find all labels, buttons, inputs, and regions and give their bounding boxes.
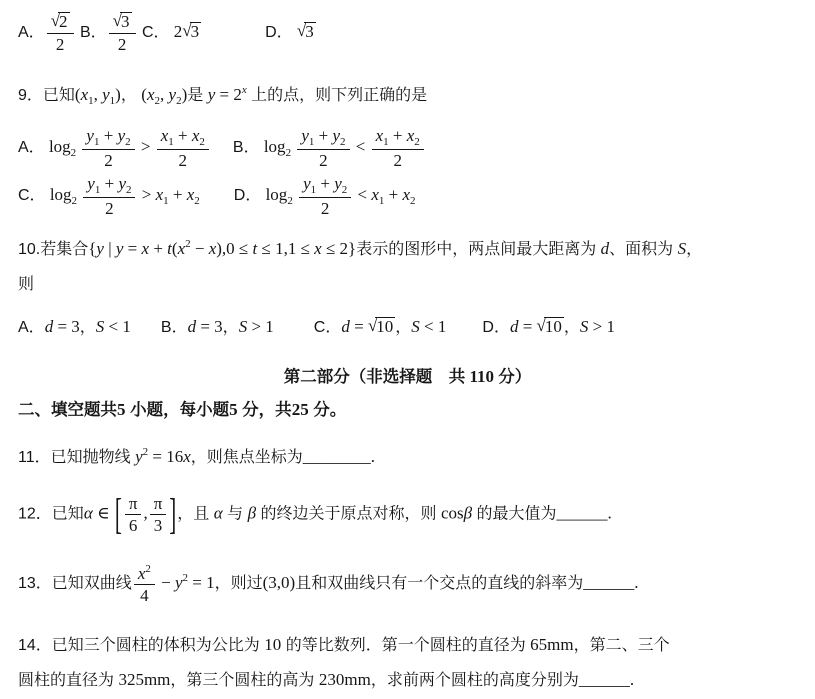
text-fragment: 2 xyxy=(126,184,132,196)
text-fragment: 第二部分（非选择题 共 xyxy=(284,368,466,386)
text-fragment: 2 xyxy=(414,136,420,148)
text-fragment: x xyxy=(314,239,322,258)
text-fragment: ， xyxy=(395,319,411,336)
text-fragment: 12．已知 xyxy=(18,505,84,522)
text-fragment: 2 xyxy=(194,195,200,207)
text-fragment: x xyxy=(156,185,164,204)
text-fragment: x xyxy=(371,185,379,204)
exam-document: A．√22 B．√32 C． 2√3D． √3 9．已知(x1, y1)， (x… xyxy=(0,0,815,699)
text-fragment: ∈ xyxy=(93,503,114,522)
fraction: x1 + x22 xyxy=(157,126,209,170)
text-fragment: + xyxy=(316,174,334,193)
fraction: y1 + y22 xyxy=(297,126,349,170)
text-fragment xyxy=(76,137,80,156)
question-9-stem: 9．已知(x1, y1)， (x2, y2)是 y = 2x 上的点，则下列正确… xyxy=(18,84,427,109)
text-fragment: = xyxy=(350,317,368,336)
fraction: √22 xyxy=(47,12,74,54)
text-fragment: y xyxy=(96,239,104,258)
text-fragment: 小题，每小题 xyxy=(126,401,230,419)
fill-in-section-instruction: 二、填空题共5 小题，每小题5 分，共25 分。 xyxy=(18,399,346,421)
text-fragment xyxy=(77,185,81,204)
text-fragment: = xyxy=(123,239,141,258)
text-fragment: + xyxy=(384,185,402,204)
text-fragment: x xyxy=(402,185,410,204)
text-fragment: x xyxy=(81,85,89,104)
text-fragment: A． xyxy=(18,319,45,336)
text-fragment: < xyxy=(352,137,370,156)
text-fragment: α xyxy=(84,503,93,522)
text-fragment: < 1 xyxy=(104,317,131,336)
text-fragment: C． xyxy=(314,319,342,336)
text-fragment: , xyxy=(143,503,147,522)
text-fragment: y xyxy=(86,126,94,145)
text-fragment: 230mm xyxy=(319,670,371,689)
text-fragment: + xyxy=(389,126,407,145)
text-fragment: β xyxy=(464,503,472,522)
text-fragment: ， xyxy=(121,87,141,104)
text-fragment: 2 xyxy=(125,136,131,148)
text-fragment: ≤ 1,1 ≤ xyxy=(257,239,314,258)
text-fragment: − xyxy=(157,573,175,592)
text-fragment: 分） xyxy=(498,368,531,386)
text-fragment: 是 xyxy=(187,87,207,104)
text-fragment: 13．已知双曲线 xyxy=(18,575,132,592)
text-fragment: y xyxy=(135,447,143,466)
text-fragment: y xyxy=(118,174,126,193)
text-fragment: 3 xyxy=(191,22,200,41)
text-fragment: log xyxy=(261,185,287,204)
text-fragment: ， xyxy=(80,319,96,336)
text-fragment: D． xyxy=(482,319,510,336)
text-fragment: x xyxy=(376,126,384,145)
text-fragment: ，且 xyxy=(177,505,213,522)
text-fragment: 分。 xyxy=(309,401,347,419)
text-fragment: x xyxy=(183,447,191,466)
question-10-stem-continued: 则 xyxy=(18,273,34,295)
text-fragment: 2 xyxy=(342,184,348,196)
text-fragment: , xyxy=(160,85,169,104)
question-10-options-row: A．d = 3，S < 1B．d = 3，S > 1C．d = √10，S < … xyxy=(18,316,615,338)
text-fragment: > 1 xyxy=(588,317,615,336)
text-fragment: 11．已知抛物线 xyxy=(18,449,135,466)
text-fragment: π xyxy=(154,494,163,513)
text-fragment: ，求前两个圆柱的高度分别为 xyxy=(371,672,579,689)
text-fragment: ______. xyxy=(579,670,634,689)
question-14-line-2: 圆柱的直径为 325mm，第三个圆柱的高为 230mm，求前两个圆柱的高度分别为… xyxy=(18,669,634,691)
question-12: 12．已知α ∈ [π6,π3]，且 α 与 β 的终边关于原点对称，则 cos… xyxy=(18,494,612,535)
text-fragment: y xyxy=(332,126,340,145)
text-fragment: y xyxy=(334,174,342,193)
text-fragment: (3,0) xyxy=(263,573,296,592)
text-fragment: 2 xyxy=(170,22,183,41)
radical: √3 xyxy=(113,12,132,32)
text-fragment: B． xyxy=(161,319,188,336)
text-fragment: 2 xyxy=(105,199,114,218)
text-fragment: 10 xyxy=(376,317,393,336)
text-fragment: 表示的图形中，两点间最大距离为 xyxy=(356,241,600,258)
text-fragment: log xyxy=(260,137,286,156)
text-fragment: D． xyxy=(265,24,293,41)
text-fragment: 3 xyxy=(154,516,163,535)
text-fragment: 二、填空题共 xyxy=(18,401,117,419)
text-fragment: C． xyxy=(18,187,46,204)
text-fragment: 上的点，则下列正确的是 xyxy=(247,87,427,104)
text-fragment: ， xyxy=(223,319,239,336)
question-9-options-cd: C． log2 y1 + y22 > x1 + x2D． log2 y1 + y… xyxy=(18,174,416,218)
text-fragment: B． xyxy=(76,24,107,41)
text-fragment: 2 xyxy=(321,199,330,218)
text-fragment: 且和双曲线只有一个交点的直线的斜率为 xyxy=(295,575,583,592)
text-fragment: y xyxy=(102,85,110,104)
question-14-line-1: 14．已知三个圆柱的体积为公比为 10 的等比数列．第一个圆柱的直径为 65mm… xyxy=(18,634,670,656)
text-fragment: < xyxy=(353,185,371,204)
text-fragment: 2 xyxy=(410,195,416,207)
text-fragment: ________. xyxy=(303,447,375,466)
text-fragment: = 3 xyxy=(53,317,80,336)
text-fragment: 的终边关于原点对称，则 xyxy=(256,505,441,522)
text-fragment: 2 xyxy=(59,12,68,31)
text-fragment: > xyxy=(137,137,155,156)
text-fragment: > xyxy=(137,185,155,204)
text-fragment: y xyxy=(118,126,126,145)
text-fragment: ≤ 2} xyxy=(322,239,357,258)
text-fragment: α xyxy=(214,503,223,522)
question-13: 13．已知双曲线x24 − y2 = 1，则过(3,0)且和双曲线只有一个交点的… xyxy=(18,563,638,605)
text-fragment: 10 xyxy=(545,317,562,336)
text-fragment: 9．已知 xyxy=(18,87,75,104)
text-fragment: A． xyxy=(18,24,45,41)
text-fragment: y xyxy=(169,85,177,104)
text-fragment: x xyxy=(178,239,186,258)
text-fragment: ),0 ≤ xyxy=(216,239,252,258)
text-fragment: 3 xyxy=(305,22,314,41)
text-fragment: 圆柱的直径为 xyxy=(18,672,118,689)
radical: √10 xyxy=(537,316,564,337)
text-fragment: + xyxy=(169,185,187,204)
text-fragment: 2 xyxy=(104,151,113,170)
text-fragment: log xyxy=(46,185,72,204)
text-fragment: ______. xyxy=(583,573,638,592)
text-fragment: log xyxy=(45,137,71,156)
text-fragment: + xyxy=(174,126,192,145)
text-fragment: 则 xyxy=(18,276,34,293)
text-fragment: 2 xyxy=(118,35,127,54)
fraction: x1 + x22 xyxy=(372,126,424,170)
text-fragment: | xyxy=(104,239,116,258)
text-fragment: ，则过 xyxy=(215,575,263,592)
fraction: √32 xyxy=(109,12,136,54)
text-fragment: = 2 xyxy=(215,85,242,104)
fraction: π6 xyxy=(125,494,142,535)
text-fragment: 10 xyxy=(264,635,281,654)
text-fragment: 4 xyxy=(140,586,149,605)
text-fragment: 10.若集合 xyxy=(18,241,88,258)
text-fragment: B． xyxy=(233,139,260,156)
text-fragment: 2 xyxy=(393,151,402,170)
text-fragment: y xyxy=(303,174,311,193)
text-fragment: A． xyxy=(18,139,45,156)
question-8-options-row: A．√22 B．√32 C． 2√3D． √3 xyxy=(18,12,316,54)
text-fragment: cos xyxy=(441,503,464,522)
text-fragment: − xyxy=(191,239,209,258)
fraction: x24 xyxy=(134,563,155,605)
text-fragment: ，第三个圆柱的高为 xyxy=(170,672,318,689)
text-fragment: y xyxy=(301,126,309,145)
text-fragment: 2 xyxy=(340,136,346,148)
radical: √10 xyxy=(368,316,395,337)
text-fragment: = 16 xyxy=(148,447,183,466)
text-fragment: S xyxy=(411,317,420,336)
text-fragment: x xyxy=(142,239,150,258)
text-fragment: = 1 xyxy=(188,573,215,592)
text-fragment: = 3 xyxy=(196,317,223,336)
text-fragment: , xyxy=(94,85,103,104)
text-fragment: + xyxy=(149,239,167,258)
text-fragment: 的最大值为 xyxy=(472,505,556,522)
text-fragment: 的等比数列．第一个圆柱的直径为 xyxy=(281,637,530,654)
text-fragment: S xyxy=(678,239,687,258)
text-fragment: D． xyxy=(234,187,262,204)
text-fragment: 2 xyxy=(56,35,65,54)
text-fragment: 、面积为 xyxy=(609,241,677,258)
text-fragment: ， xyxy=(564,319,580,336)
fraction: π3 xyxy=(150,494,167,535)
section-2-heading: 第二部分（非选择题 共 110 分） xyxy=(0,366,815,388)
text-fragment: 5 xyxy=(117,400,126,419)
text-fragment: + xyxy=(314,126,332,145)
question-11: 11．已知抛物线 y2 = 16x，则焦点坐标为________. xyxy=(18,446,375,468)
text-fragment: 2 xyxy=(199,136,205,148)
text-fragment: C． xyxy=(138,24,170,41)
text-fragment: = xyxy=(518,317,536,336)
stretched-bracket: [ xyxy=(114,488,123,542)
fraction: y1 + y22 xyxy=(83,174,135,218)
radical: √3 xyxy=(297,21,316,42)
text-fragment: 25 xyxy=(292,400,309,419)
text-fragment: > 1 xyxy=(247,317,274,336)
text-fragment xyxy=(293,185,297,204)
text-fragment: S xyxy=(239,317,248,336)
fraction: y1 + y22 xyxy=(299,174,351,218)
text-fragment: y xyxy=(175,573,183,592)
text-fragment: x xyxy=(147,85,155,104)
text-fragment: 3 xyxy=(121,12,130,31)
text-fragment: 6 xyxy=(129,516,138,535)
text-fragment: ，第二、三个 xyxy=(574,637,670,654)
text-fragment: 325mm xyxy=(118,670,170,689)
text-fragment: 65mm xyxy=(530,635,573,654)
text-fragment: d xyxy=(45,317,54,336)
text-fragment: ______. xyxy=(557,503,612,522)
text-fragment: + xyxy=(99,126,117,145)
radical: √3 xyxy=(182,21,201,42)
text-fragment: < 1 xyxy=(420,317,447,336)
text-fragment: ， xyxy=(686,241,702,258)
text-fragment: + xyxy=(100,174,118,193)
radical: √2 xyxy=(51,12,70,32)
text-fragment: 与 xyxy=(223,505,248,522)
text-fragment: y xyxy=(87,174,95,193)
text-fragment: d xyxy=(601,239,610,258)
text-fragment xyxy=(291,137,295,156)
text-fragment: d xyxy=(341,317,350,336)
text-fragment: 2 xyxy=(179,151,188,170)
text-fragment: 2 xyxy=(145,563,151,575)
text-fragment: 分，共 xyxy=(238,401,292,419)
text-fragment: π xyxy=(129,494,138,513)
text-fragment: 2 xyxy=(287,195,293,207)
text-fragment: β xyxy=(248,503,256,522)
text-fragment: ，则焦点坐标为 xyxy=(191,449,303,466)
text-fragment: 5 xyxy=(229,400,238,419)
question-9-options-ab: A． log2 y1 + y22 > x1 + x22B． log2 y1 + … xyxy=(18,126,426,170)
text-fragment: 14．已知三个圆柱的体积为公比为 xyxy=(18,637,264,654)
text-fragment: 2 xyxy=(319,151,328,170)
fraction: y1 + y22 xyxy=(82,126,134,170)
text-fragment: d xyxy=(188,317,197,336)
stretched-bracket: ] xyxy=(168,488,177,542)
text-fragment: 110 xyxy=(465,367,498,386)
question-10-stem: 10.若集合{y | y = x + t(x2 − x),0 ≤ t ≤ 1,1… xyxy=(18,238,702,260)
